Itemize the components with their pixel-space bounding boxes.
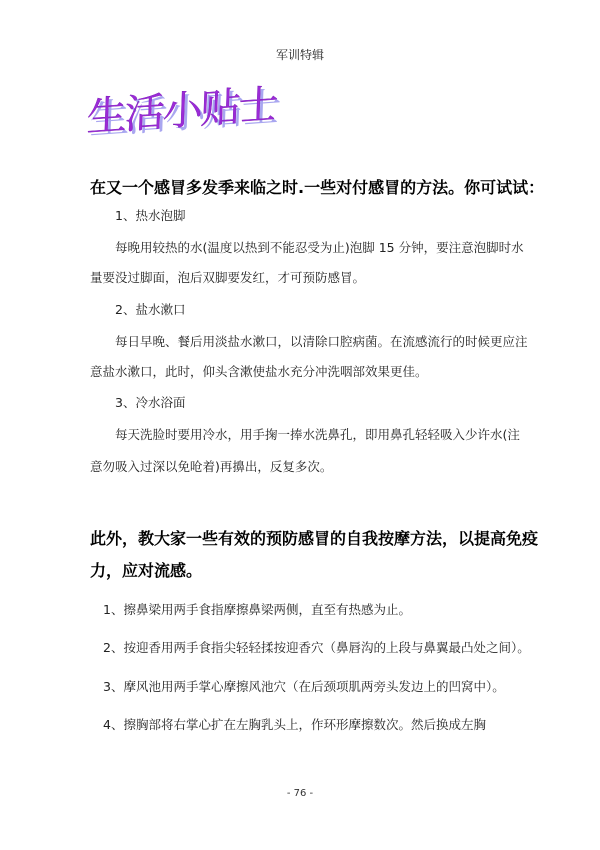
section1-item2-line1: 每日早晚、餐后用淡盐水漱口，以清除口腔病菌。在流感流行的时候更应注 <box>115 332 528 350</box>
wordart-title: 生活小贴士 生活小贴士 <box>86 86 286 146</box>
section2-item2: 2、按迎香用两手食指尖轻轻揉按迎香穴（鼻唇沟的上段与鼻翼最凸处之间）。 <box>103 638 530 656</box>
section2-item4: 4、擦胸部将右掌心扩在左胸乳头上，作环形摩擦数次。然后换成左胸 <box>103 715 486 733</box>
section1-item1-title: 1、热水泡脚 <box>115 206 185 224</box>
section2-heading-line2: 力，应对流感。 <box>90 558 202 581</box>
section1-heading: 在又一个感冒多发季来临之时.一些对付感冒的方法。你可试试： <box>90 175 544 198</box>
section1-item2-title: 2、盐水漱口 <box>115 300 185 318</box>
page-header: 军训特辑 <box>0 46 600 63</box>
section1-item1-line2: 量要没过脚面，泡后双脚要发红，才可预防感冒。 <box>90 268 365 286</box>
page-number: - 76 - <box>0 788 600 799</box>
section1-item1-line1: 每晚用较热的水(温度以热到不能忍受为止)泡脚 15 分钟，要注意泡脚时水 <box>115 238 524 256</box>
section1-item2-line2: 意盐水漱口，此时，仰头含漱使盐水充分冲洗咽部效果更佳。 <box>90 362 428 380</box>
section2-heading-line1: 此外，教大家一些有效的预防感冒的自我按摩方法，以提高免疫 <box>90 526 538 549</box>
section2-item1: 1、擦鼻梁用两手食指摩擦鼻梁两侧，直至有热感为止。 <box>103 600 411 618</box>
section1-item3-line1: 每天洗脸时要用冷水，用手掬一捧水洗鼻孔，即用鼻孔轻轻吸入少许水(注 <box>115 425 520 443</box>
section1-item3-line2: 意勿吸入过深以免呛着)再擤出，反复多次。 <box>90 457 332 475</box>
section1-item3-title: 3、冷水浴面 <box>115 393 185 411</box>
section2-item3: 3、摩风池用两手掌心摩擦风池穴（在后颈项肌两旁头发边上的凹窝中）。 <box>103 677 505 695</box>
